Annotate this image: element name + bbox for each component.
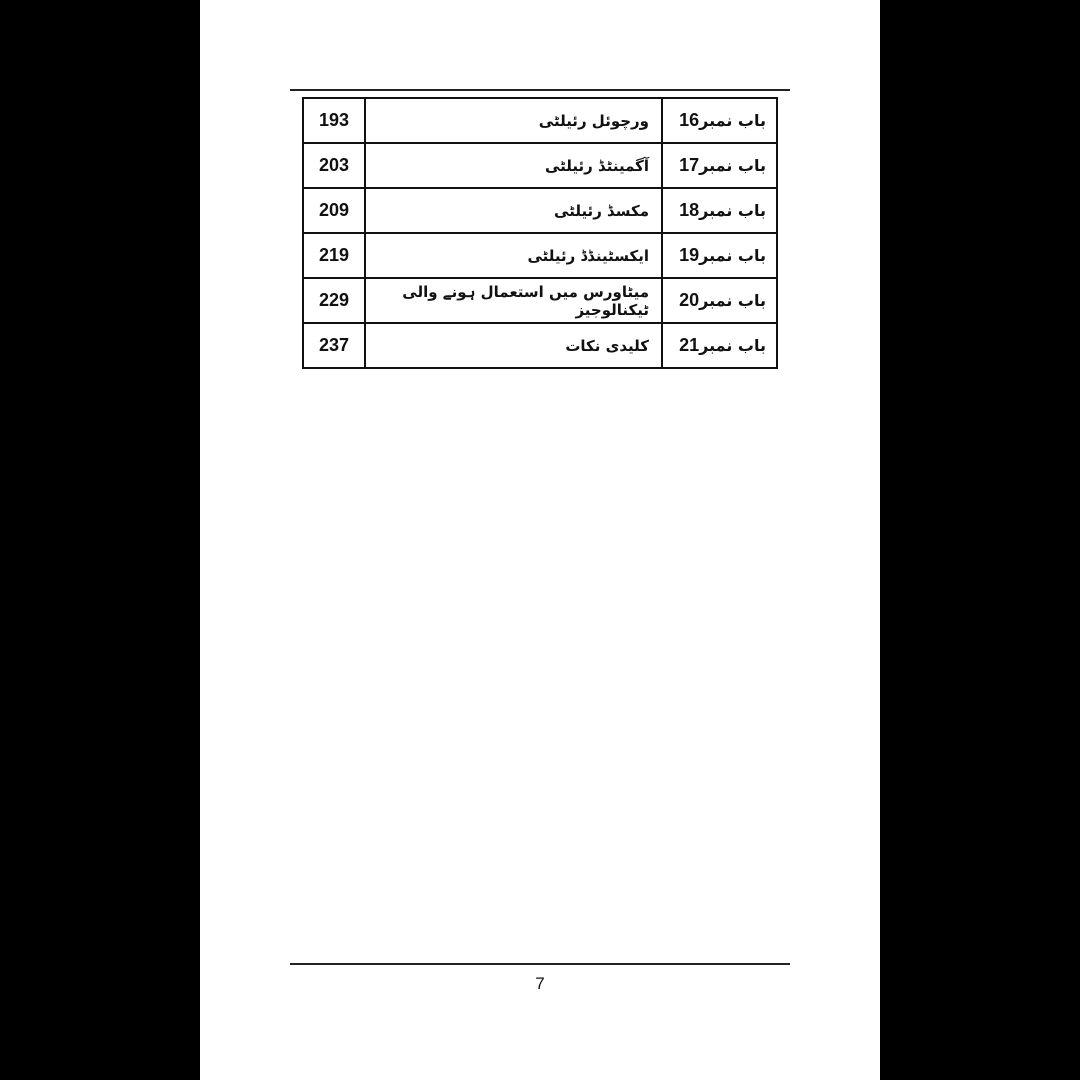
chapter-label-cell: باب نمبر18	[662, 188, 777, 233]
chapter-label: باب نمبر	[699, 111, 766, 130]
page-number-cell: 203	[303, 143, 365, 188]
chapter-label: باب نمبر	[699, 336, 766, 355]
table-of-contents: 193 ورچوئل رئیلٹی باب نمبر16 203 آگمینٹڈ…	[302, 97, 778, 369]
chapter-label-cell: باب نمبر21	[662, 323, 777, 368]
chapter-label: باب نمبر	[699, 291, 766, 310]
document-page: 193 ورچوئل رئیلٹی باب نمبر16 203 آگمینٹڈ…	[200, 0, 880, 1080]
page-number-cell: 209	[303, 188, 365, 233]
table-row: 237 کلیدی نکات باب نمبر21	[303, 323, 777, 368]
chapter-title-cell: ورچوئل رئیلٹی	[365, 98, 662, 143]
chapter-title-cell: مکسڈ رئیلٹی	[365, 188, 662, 233]
table-row: 219 ایکسٹینڈڈ رئیلٹی باب نمبر19	[303, 233, 777, 278]
table-row: 203 آگمینٹڈ رئیلٹی باب نمبر17	[303, 143, 777, 188]
chapter-number: 18	[679, 200, 699, 220]
chapter-title-cell: میٹاورس میں استعمال ہونے والی ٹیکنالوجیز	[365, 278, 662, 323]
page-number-cell: 193	[303, 98, 365, 143]
page-number: 7	[200, 974, 880, 994]
page-number-cell: 229	[303, 278, 365, 323]
table-row: 209 مکسڈ رئیلٹی باب نمبر18	[303, 188, 777, 233]
footer-rule	[290, 963, 790, 965]
chapter-number: 16	[679, 110, 699, 130]
page-number-cell: 219	[303, 233, 365, 278]
chapter-number: 20	[679, 290, 699, 310]
header-rule	[290, 89, 790, 91]
chapter-label: باب نمبر	[699, 246, 766, 265]
chapter-number: 19	[679, 245, 699, 265]
chapter-label-cell: باب نمبر17	[662, 143, 777, 188]
chapter-title-cell: آگمینٹڈ رئیلٹی	[365, 143, 662, 188]
page-number-cell: 237	[303, 323, 365, 368]
chapter-label: باب نمبر	[699, 201, 766, 220]
chapter-label-cell: باب نمبر16	[662, 98, 777, 143]
chapter-number: 21	[679, 335, 699, 355]
chapter-title-cell: کلیدی نکات	[365, 323, 662, 368]
table-row: 229 میٹاورس میں استعمال ہونے والی ٹیکنال…	[303, 278, 777, 323]
chapter-label: باب نمبر	[699, 156, 766, 175]
chapter-label-cell: باب نمبر20	[662, 278, 777, 323]
chapter-title-cell: ایکسٹینڈڈ رئیلٹی	[365, 233, 662, 278]
chapter-label-cell: باب نمبر19	[662, 233, 777, 278]
chapter-number: 17	[679, 155, 699, 175]
table-row: 193 ورچوئل رئیلٹی باب نمبر16	[303, 98, 777, 143]
